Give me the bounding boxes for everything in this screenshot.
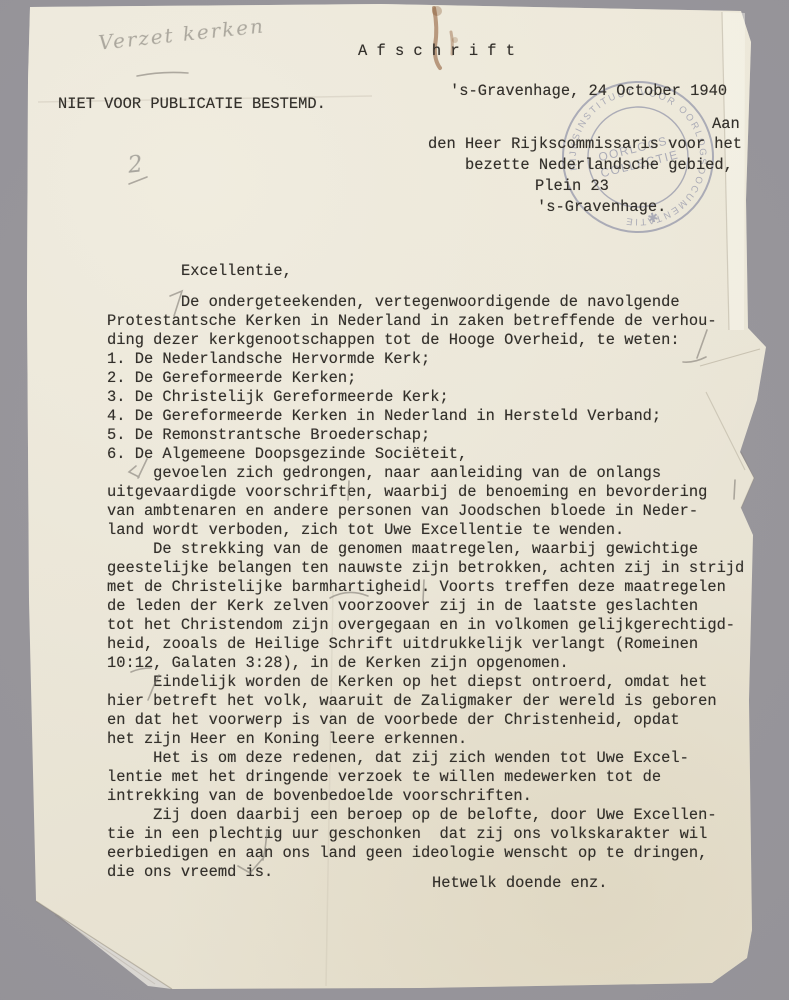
copy-heading: A f s c h r i f t (358, 42, 515, 61)
letter-body-text: De ondergeteekenden, vertegenwoordigende… (107, 293, 744, 882)
address-line-3: Plein 23 (535, 177, 609, 196)
address-line-4: 's-Gravenhage. (537, 198, 666, 217)
closing-line: Hetwelk doende enz. (432, 874, 607, 893)
address-to: Aan (712, 115, 740, 134)
place-date-line: 's-Gravenhage, 24 October 1940 (450, 82, 727, 101)
address-line-2: bezette Nederlandsche gebied, (465, 156, 733, 175)
salutation: Excellentie, (181, 262, 292, 281)
scanned-document-page: { "page": { "background_color": "#97959a… (0, 0, 789, 1000)
not-for-publication-label: NIET VOOR PUBLICATIE BESTEMD. (58, 95, 326, 114)
address-line-1: den Heer Rijkscommissaris voor het (428, 135, 742, 154)
pencil-page-number: 2 (127, 151, 144, 178)
